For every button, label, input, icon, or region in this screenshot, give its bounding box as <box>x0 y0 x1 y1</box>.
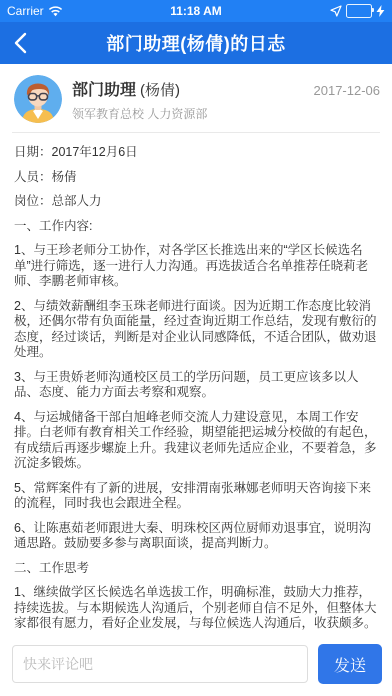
comment-input[interactable] <box>12 645 308 683</box>
battery-icon <box>346 4 372 18</box>
avatar[interactable] <box>14 75 62 123</box>
log-paragraph: 一、工作内容: <box>14 219 378 235</box>
log-paragraph: 1、与王珍老师分工协作，对各学区长推选出来的“学区长候选名单”进行筛选，逐一进行… <box>14 243 378 290</box>
log-paragraph: 5、常辉案件有了新的进展，安排渭南张琳娜老师明天咨询接下来的流程，同时我也会跟进… <box>14 481 378 512</box>
wifi-icon <box>48 6 63 17</box>
log-header: 部门助理 (杨倩) 2017-12-06 领军教育总校 人力资源部 <box>0 64 392 132</box>
send-button[interactable]: 发送 <box>318 644 382 684</box>
back-button[interactable] <box>14 22 27 64</box>
log-paragraph: 2、与绩效薪酬组李玉珠老师进行面谈。因为近期工作态度比较消极，还偶尔带有负面能量… <box>14 299 378 361</box>
charging-bolt-icon <box>376 5 385 17</box>
log-paragraph: 4、与运城储备干部白旭峰老师交流人力建设意见，本周工作安排。白老师有教育相关工作… <box>14 410 378 472</box>
log-paragraph: 6、让陈惠茹老师跟进大秦、明珠校区两位厨师劝退事宜，说明沟通思路。鼓励要多参与离… <box>14 521 378 552</box>
status-bar: Carrier 11:18 AM <box>0 0 392 22</box>
log-paragraph: 二、工作思考 <box>14 561 378 577</box>
log-paragraph: 人员：杨倩 <box>14 170 378 186</box>
page-title: 部门助理(杨倩)的日志 <box>0 30 392 56</box>
log-body: 日期：2017年12月6日 人员：杨倩 岗位：总部人力 一、工作内容: 1、与王… <box>0 133 392 640</box>
nav-bar: 部门助理(杨倩)的日志 <box>0 22 392 64</box>
log-paragraph: 岗位：总部人力 <box>14 194 378 210</box>
chevron-left-icon <box>14 32 27 54</box>
author-role: 部门助理 <box>72 77 136 100</box>
log-date: 2017-12-06 <box>314 83 381 98</box>
carrier-label: Carrier <box>7 4 44 18</box>
log-paragraph: 1、继续做学区长候选名单选拔工作，明确标准，鼓励大力推荐，持续选拔。与本期候选人… <box>14 585 378 632</box>
author-name: (杨倩) <box>140 79 180 100</box>
log-paragraph: 日期：2017年12月6日 <box>14 145 378 161</box>
log-paragraph: 3、与王贵娇老师沟通校区员工的学历问题，员工更应该多以人品、态度、能力方面去考察… <box>14 370 378 401</box>
author-organization: 领军教育总校 人力资源部 <box>72 105 380 122</box>
comment-bar: 发送 <box>0 640 392 696</box>
location-icon <box>330 5 342 17</box>
screen: Carrier 11:18 AM <box>0 0 392 696</box>
